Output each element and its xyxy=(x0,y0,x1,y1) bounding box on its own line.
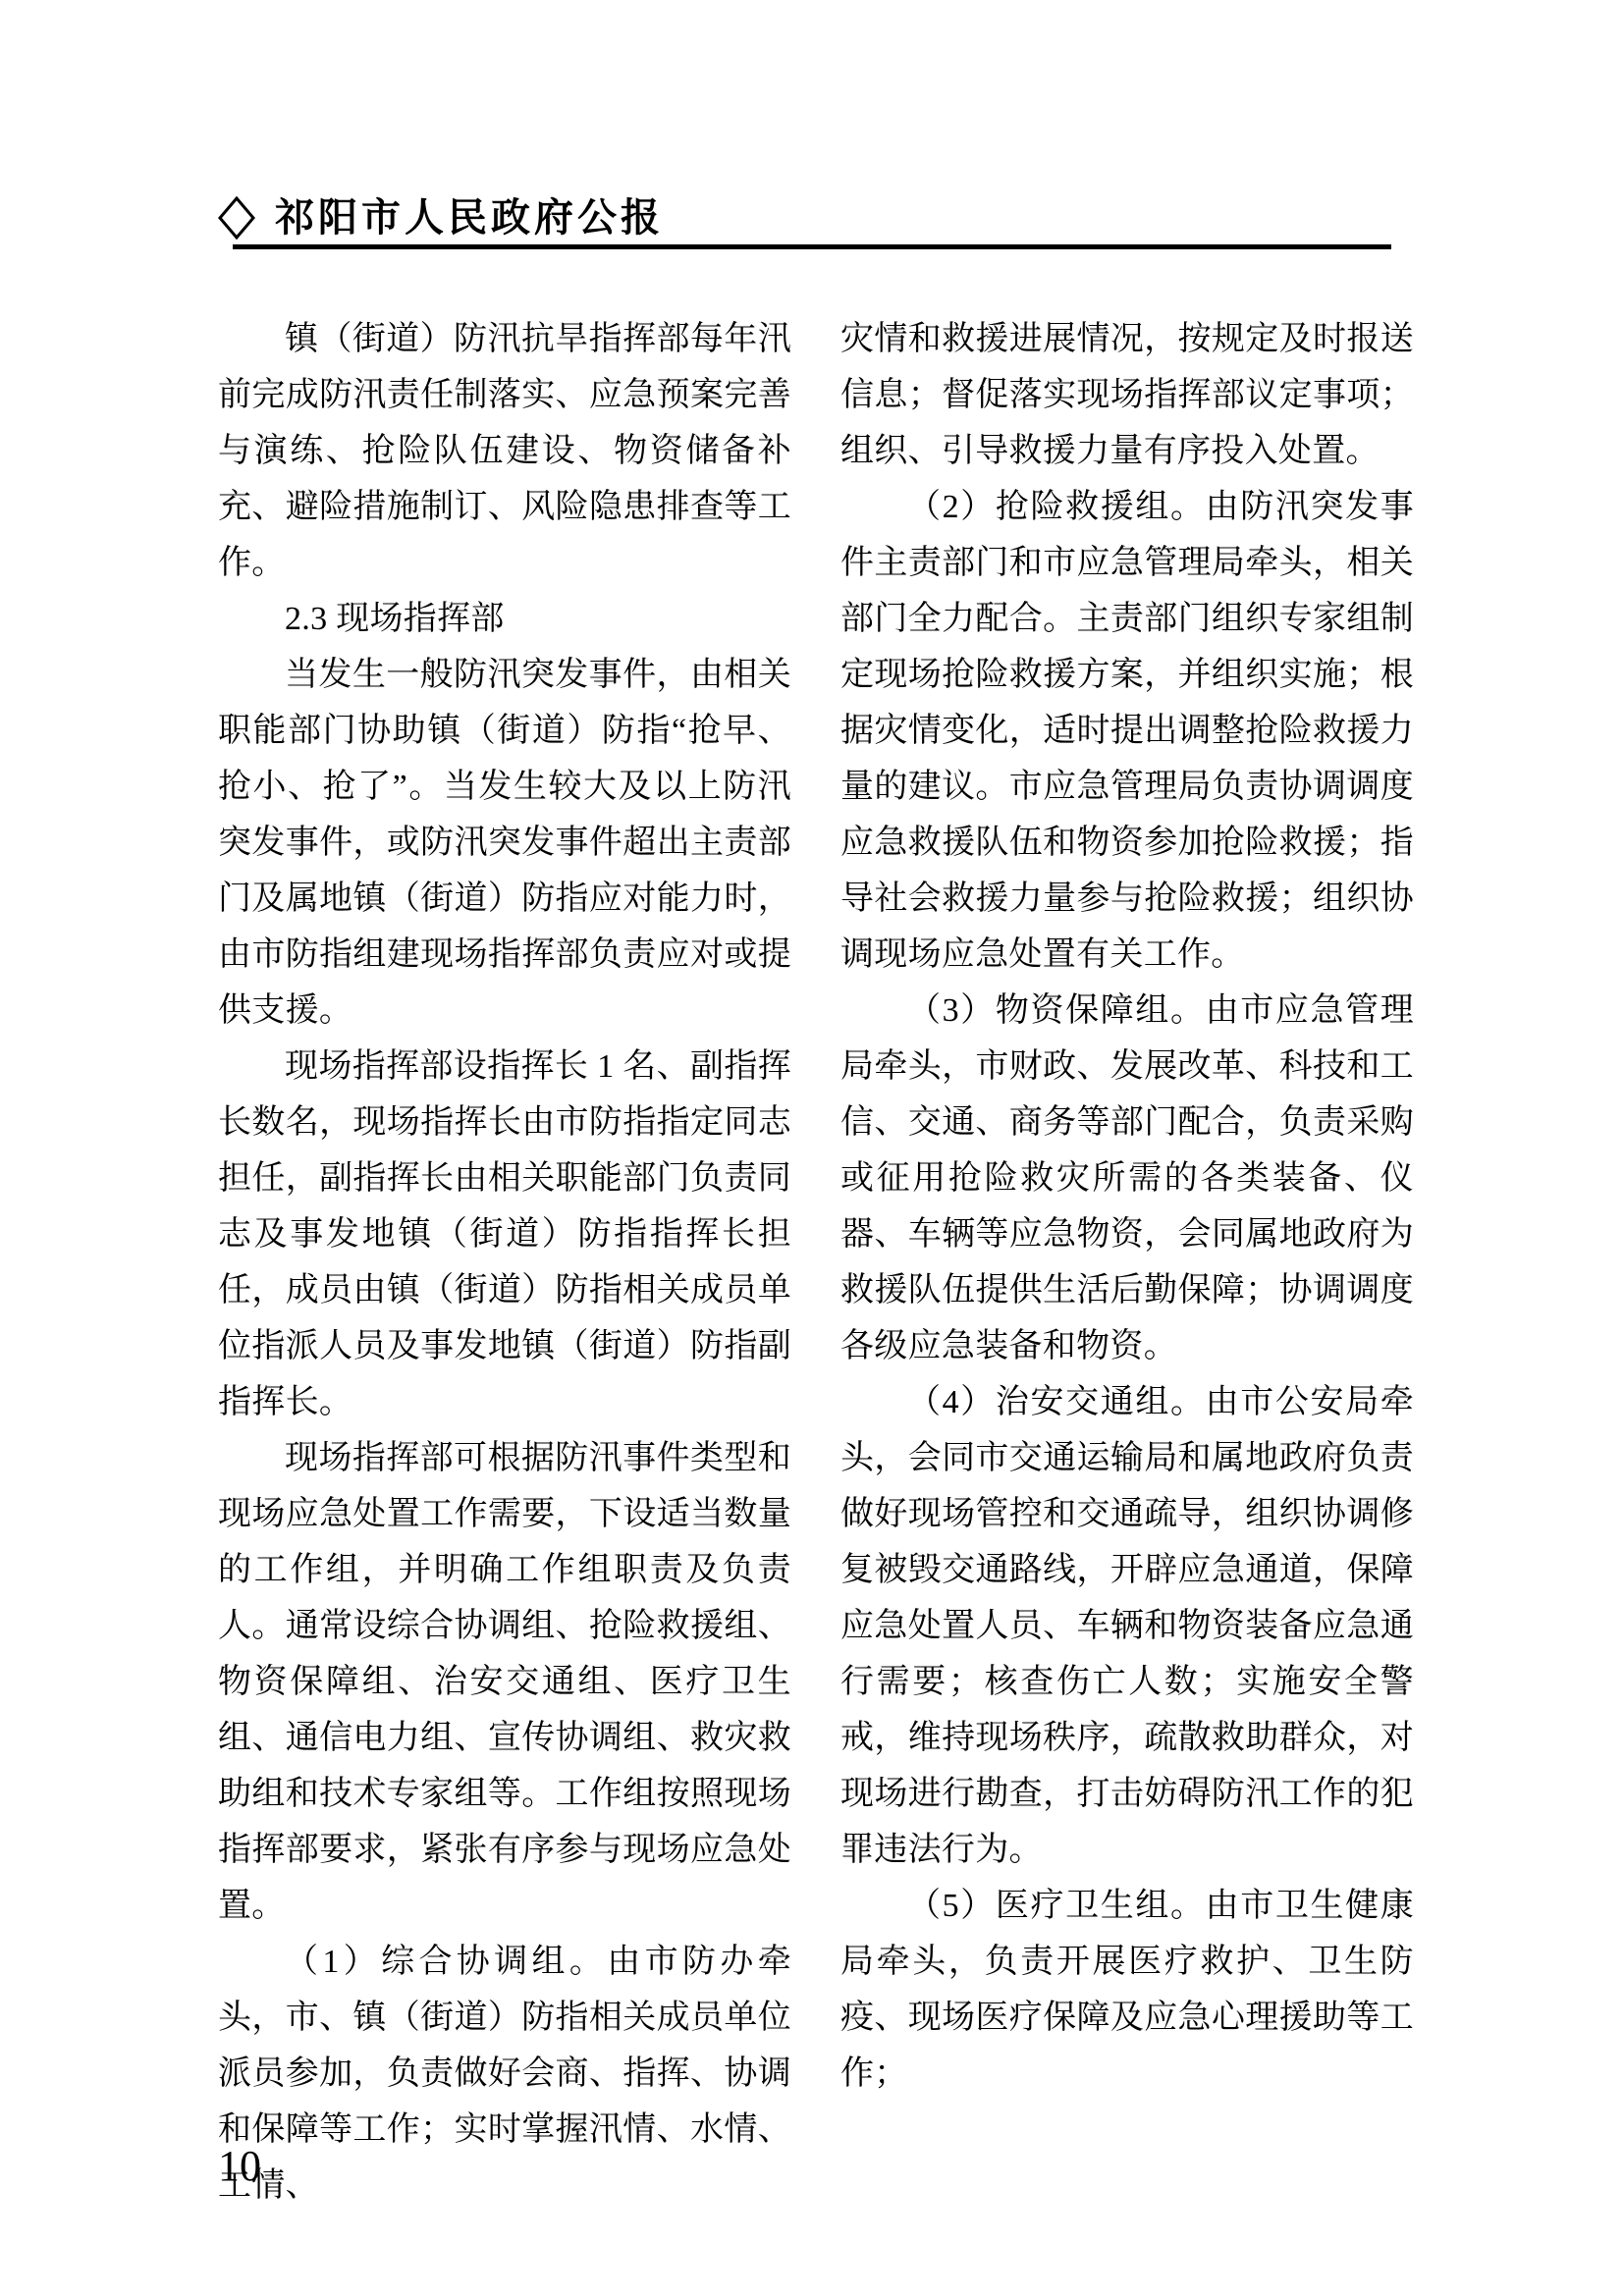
gazette-page: 祁阳市人民政府公报 镇（街道）防汛抗旱指挥部每年汛前完成防汛责任制落实、应急预案… xyxy=(0,0,1623,2296)
diamond-icon xyxy=(218,196,255,240)
paragraph: 现场指挥部可根据防汛事件类型和现场应急处置工作需要，下设适当数量的工作组，并明确… xyxy=(218,1430,791,1934)
page-header: 祁阳市人民政府公报 xyxy=(218,194,664,241)
paragraph: （2）抢险救援组。由防汛突发事件主责部门和市应急管理局牵头，相关部门全力配合。主… xyxy=(840,479,1414,983)
paragraph: 灾情和救援进展情况，按规定及时报送信息；督促落实现场指挥部议定事项；组织、引导救… xyxy=(840,311,1414,479)
paragraph: （5）医疗卫生组。由市卫生健康局牵头，负责开展医疗救护、卫生防疫、现场医疗保障及… xyxy=(840,1878,1414,2102)
left-column: 镇（街道）防汛抗旱指挥部每年汛前完成防汛责任制落实、应急预案完善与演练、抢险队伍… xyxy=(218,311,791,2214)
header-rule xyxy=(233,244,1391,249)
paragraph: 镇（街道）防汛抗旱指挥部每年汛前完成防汛责任制落实、应急预案完善与演练、抢险队伍… xyxy=(218,311,791,591)
content-columns: 镇（街道）防汛抗旱指挥部每年汛前完成防汛责任制落实、应急预案完善与演练、抢险队伍… xyxy=(218,311,1414,2214)
page-number: 10 xyxy=(218,2138,261,2195)
paragraph: 现场指挥部设指挥长 1 名、副指挥长数名，现场指挥长由市防指指定同志担任，副指挥… xyxy=(218,1039,791,1430)
section-heading: 2.3 现场指挥部 xyxy=(218,591,791,647)
paragraph: （1）综合协调组。由市防办牵头，市、镇（街道）防指相关成员单位派员参加，负责做好… xyxy=(218,1934,791,2214)
gazette-title: 祁阳市人民政府公报 xyxy=(275,194,664,241)
paragraph: （3）物资保障组。由市应急管理局牵头，市财政、发展改革、科技和工信、交通、商务等… xyxy=(840,983,1414,1374)
paragraph: 当发生一般防汛突发事件，由相关职能部门协助镇（街道）防指“抢早、抢小、抢了”。当… xyxy=(218,647,791,1039)
paragraph: （4）治安交通组。由市公安局牵头，会同市交通运输局和属地政府负责做好现场管控和交… xyxy=(840,1374,1414,1878)
right-column: 灾情和救援进展情况，按规定及时报送信息；督促落实现场指挥部议定事项；组织、引导救… xyxy=(840,311,1414,2214)
